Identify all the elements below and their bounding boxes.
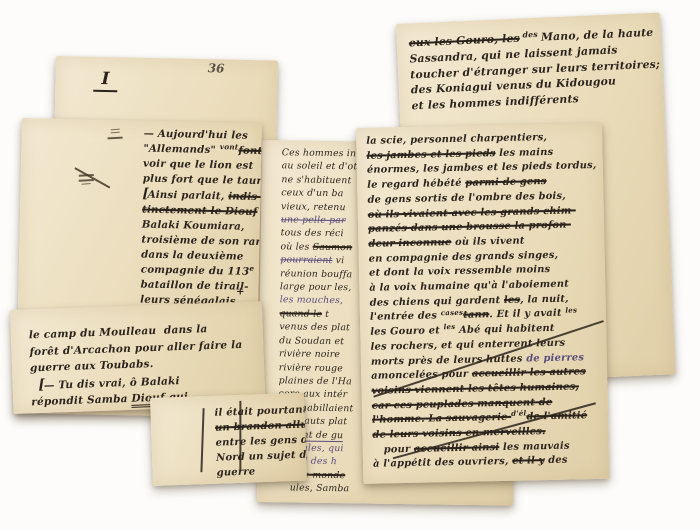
handwriting-segment: panzés dans une brousse la profon- xyxy=(368,220,571,235)
handwriting-segment: . Et il y avait xyxy=(489,308,565,321)
handwriting-segment: l'entrée des xyxy=(370,311,441,323)
handwriting-segment: Abé qui habitent xyxy=(455,323,554,336)
handwriting-segment: en compagnie des grands singes, xyxy=(369,249,559,264)
handwriting-segment: des xyxy=(544,455,567,466)
handwriting-segment: entre les gens du xyxy=(215,434,307,448)
handwriting-line: guerre xyxy=(216,463,306,481)
handwriting-segment: compagnie du 113 xyxy=(141,264,250,278)
handwriting-segment: les mains xyxy=(495,147,553,159)
handwriting-segment: Nord un sujet de xyxy=(216,449,307,463)
handwriting-segment: plus fort que le taureau. xyxy=(143,173,262,188)
handwriting-segment: pourraient xyxy=(280,255,332,267)
handwriting-segment: à la voix humaine qu'à l'aboiement xyxy=(369,279,569,294)
handwriting-segment: une pelle par xyxy=(281,214,346,226)
handwriting-segment: les jambes et les pieds xyxy=(366,148,495,162)
handwriting-segment: les xyxy=(443,322,455,331)
handwriting-segment: de gens sortis de l'ombre des bois, xyxy=(367,190,566,205)
handwriting-segment: et il y xyxy=(512,456,545,468)
handwriting-segment: du Soudan et xyxy=(279,335,344,347)
handwriting-segment: énormes, les jambes et les pieds tordus, xyxy=(367,160,597,176)
handwriting-segment: tinctement le Diouf xyxy=(142,204,258,218)
handwriting-segment: des xyxy=(519,29,541,39)
handwriting-segment: t xyxy=(322,309,329,320)
handwriting-segment: des chiens qui gardent xyxy=(370,295,505,309)
handwriting-segment: au soleil et d'ot xyxy=(282,161,358,173)
manuscript-fragment-bottom: il était pourtantun brandon alluméentre … xyxy=(150,393,307,486)
handwriting-segment: ceux d'un ba xyxy=(281,187,343,199)
manuscript-sheet-front-right: la scie, personnel charpentiers,les jamb… xyxy=(356,123,609,484)
handwriting-segment: indis- xyxy=(228,190,262,203)
section-numeral: I xyxy=(93,69,117,92)
handwriting-segment: dans la deuxième xyxy=(141,249,244,263)
handwriting-segment: cases xyxy=(441,307,464,316)
handwriting-segment: tann xyxy=(463,310,489,322)
handwriting-segment: venus des plat xyxy=(279,322,350,334)
handwriting-segment: les rochers, et qui enterrent leurs xyxy=(370,338,565,353)
handwriting-segment: tous des réci xyxy=(281,228,344,240)
handwriting-block: il était pourtantun brandon alluméentre … xyxy=(150,393,307,483)
handwriting-segment: l'homme. La sauvagerie xyxy=(372,412,511,426)
handwriting-segment: la scie, personnel charpentiers, xyxy=(366,132,547,147)
handwriting-segment: rivière noire xyxy=(279,348,340,360)
handwriting-segment: accueillir les autres xyxy=(472,366,586,379)
handwriting-segment: les mauvais xyxy=(499,440,570,452)
handwriting-segment: les xyxy=(504,294,520,305)
handwriting-segment: les mouches, xyxy=(280,295,344,307)
handwriting-segment: un brandon allumé xyxy=(215,419,307,434)
handwriting-segment: et dont la voix ressemble moins xyxy=(369,264,551,279)
margin-scribble-icon xyxy=(108,126,123,142)
handwriting-line: ules, Samba xyxy=(277,481,513,498)
handwriting-block: eux les Gouro, les des Mano, de la haute… xyxy=(396,12,664,113)
handwriting-segment: voisins viennent les têtes humaines, xyxy=(371,381,579,396)
handwriting-segment: Mano, de la haute xyxy=(541,26,654,44)
handwriting-block: la scie, personnel charpentiers,les jamb… xyxy=(356,123,609,473)
handwriting-segment: vont xyxy=(220,142,239,151)
handwriting-segment: ules, Samba xyxy=(277,482,349,494)
handwriting-segment: répondit Samba xyxy=(31,393,132,408)
deletion-stroke xyxy=(239,401,241,471)
handwriting-line: Nord un sujet de xyxy=(216,448,306,466)
handwriting-segment: les xyxy=(565,305,577,314)
margin-scribble-icon xyxy=(79,171,135,186)
handwriting-segment: Ainsi parlait, xyxy=(148,189,229,203)
handwriting-segment: — Aujourd'hui les xyxy=(144,128,248,142)
handwriting-segment: guerre aux Toubabs. xyxy=(30,358,154,374)
handwriting-segment: vi xyxy=(332,255,344,266)
handwriting-segment: Balaki Koumiara, xyxy=(142,219,245,233)
handwriting-segment: où ils vivent xyxy=(451,235,524,248)
handwriting-segment: réunion bouffa xyxy=(280,268,352,280)
handwriting-segment: bataillon de tirail- xyxy=(140,279,248,293)
handwriting-segment: troisième de son rang xyxy=(141,234,262,249)
insertion-plus-mark: + xyxy=(236,287,245,298)
page-number: 36 xyxy=(208,61,225,75)
handwriting-segment: Ces hommes in xyxy=(282,147,357,159)
handwriting-segment: où les xyxy=(280,241,312,252)
handwriting-segment: d'él xyxy=(511,409,526,418)
handwriting-segment: ne s'habituent xyxy=(281,174,351,186)
handwriting-segment: de pierres xyxy=(526,352,584,364)
handwriting-segment: voir que le lion est xyxy=(143,158,254,172)
handwriting-segment: e xyxy=(249,264,254,273)
handwriting-segment: quand le xyxy=(280,308,323,320)
handwriting-segment: font xyxy=(238,145,262,158)
handwriting-segment: parmi de gens xyxy=(465,176,547,189)
manuscript-photo: I 36 Ces hommes inau soleil et d'otne s'… xyxy=(0,0,700,530)
handwriting-segment: large pour les, xyxy=(280,281,352,293)
handwriting-segment: plaines de l'Ha xyxy=(279,375,352,387)
handwriting-segment: rivière rouge xyxy=(279,362,343,374)
handwriting-segment: deur inconnue xyxy=(368,237,451,250)
handwriting-segment: Saumon xyxy=(313,242,353,254)
handwriting-segment: il était pourtant xyxy=(214,405,307,419)
handwriting-segment: guerre xyxy=(216,466,255,478)
handwriting-segment: le regard hébété xyxy=(367,178,465,191)
handwriting-segment: , la nuit, xyxy=(520,293,569,305)
handwriting-segment: "Allemands" xyxy=(143,143,220,157)
handwriting-segment: où ils vivaient avec les grands chim- xyxy=(368,205,576,220)
handwriting-segment: vieux, retenu xyxy=(281,201,346,213)
handwriting-segment: les Gouro et xyxy=(370,325,444,338)
